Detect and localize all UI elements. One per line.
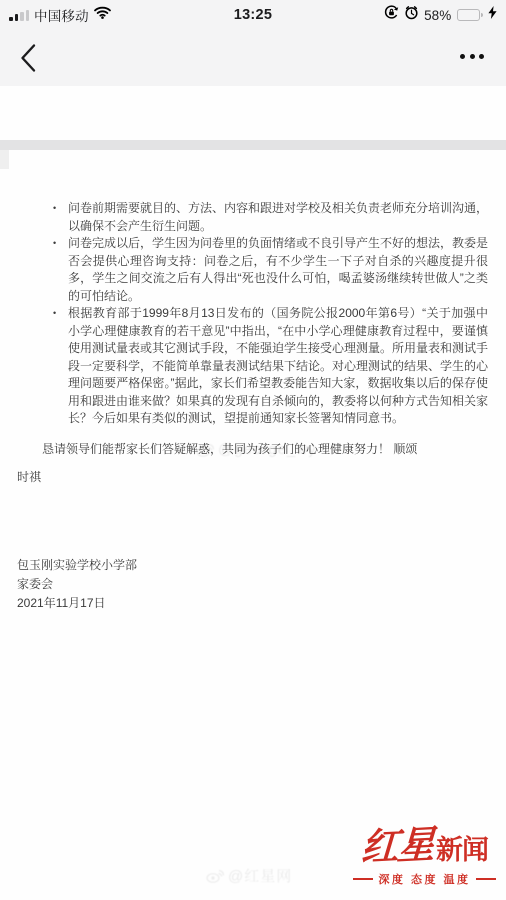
status-right: 58% — [384, 5, 497, 25]
carrier-label: 中国移动 — [34, 5, 89, 25]
navigation-bar — [0, 30, 506, 86]
watermark-handle: @红星网 — [228, 865, 292, 886]
signature-school: 包玉刚实验学校小学部 — [17, 556, 488, 575]
wifi-icon — [94, 6, 111, 24]
signature-block: 包玉刚实验学校小学部 家委会 2021年11月17日 — [17, 556, 488, 613]
charging-bolt-icon — [488, 6, 497, 24]
watermark-handle: @george_wy — [218, 441, 317, 458]
signature-committee: 家委会 — [17, 575, 488, 594]
logo-brand-main: 红星 — [360, 826, 434, 868]
logo-tagline: 深度 态度 温度 — [378, 871, 470, 887]
logo-tagline-row: 深度 态度 温度 — [351, 871, 498, 887]
bullet-list: 问卷前期需要就目的、方法、内容和跟进对学校及相关负责老师充分培训沟通，以确保不会… — [17, 200, 488, 428]
battery-icon — [457, 9, 483, 21]
bullet-item: 问卷前期需要就目的、方法、内容和跟进对学校及相关负责老师充分培训沟通，以确保不会… — [52, 200, 488, 235]
letter-body: 问卷前期需要就目的、方法、内容和跟进对学校及相关负责老师充分培训沟通，以确保不会… — [17, 200, 488, 613]
weibo-icon — [206, 869, 224, 883]
signature-date: 2021年11月17日 — [17, 594, 488, 613]
clock-time: 13:25 — [234, 7, 273, 23]
more-options-button[interactable] — [460, 54, 484, 59]
watermark-center: @george_wy — [196, 441, 317, 458]
photo-edge-shadow — [0, 140, 506, 150]
bullet-text: 根据教育部于1999年8月13日发布的（国务院公报2000年第6号）“关于加强中… — [68, 306, 488, 425]
document-photo: 问卷前期需要就目的、方法、内容和跟进对学校及相关负责老师充分培训沟通，以确保不会… — [0, 86, 506, 900]
cellular-signal-icon — [9, 10, 29, 21]
red-star-news-logo: 红星 新闻 深度 态度 温度 — [351, 828, 498, 887]
logo-brand: 红星 新闻 — [351, 828, 498, 866]
alarm-clock-icon — [404, 5, 419, 25]
chevron-left-icon — [16, 42, 40, 74]
bullet-text: 问卷完成以后，学生因为问卷里的负面情绪或不良引导产生不好的想法，教委是否会提供心… — [68, 236, 488, 303]
more-options-icon — [460, 54, 465, 59]
top-chrome: 中国移动 13:25 — [0, 0, 506, 86]
bullet-text: 问卷前期需要就目的、方法、内容和跟进对学校及相关负责老师充分培训沟通，以确保不会… — [68, 201, 488, 233]
weibo-icon — [196, 443, 214, 457]
orientation-lock-icon — [384, 5, 399, 25]
salutation: 时祺 — [17, 469, 488, 487]
status-bar: 中国移动 13:25 — [0, 0, 506, 30]
status-left: 中国移动 — [9, 5, 111, 25]
bullet-item: 问卷完成以后，学生因为问卷里的负面情绪或不良引导产生不好的想法，教委是否会提供心… — [52, 235, 488, 305]
back-button[interactable] — [16, 42, 40, 74]
watermark-bottom: @红星网 — [206, 865, 292, 886]
battery-percent-label: 58% — [424, 8, 451, 23]
phone-screen: 中国移动 13:25 — [0, 0, 506, 900]
bullet-item: 根据教育部于1999年8月13日发布的（国务院公报2000年第6号）“关于加强中… — [52, 305, 488, 428]
photo-corner-shadow — [0, 150, 9, 169]
logo-brand-sub: 新闻 — [436, 837, 488, 864]
